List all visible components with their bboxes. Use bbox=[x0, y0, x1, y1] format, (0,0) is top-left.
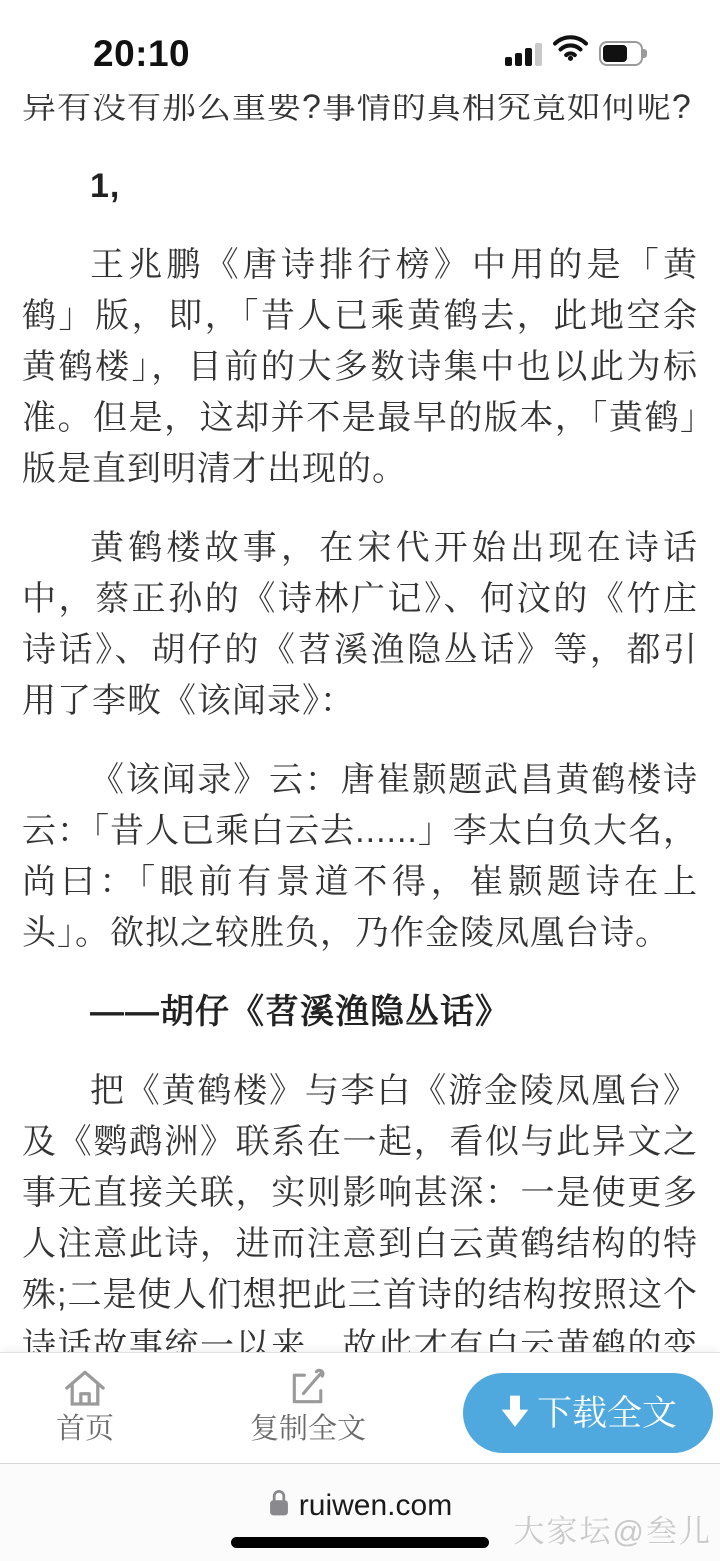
status-bar: 20:10 bbox=[0, 0, 720, 94]
home-icon bbox=[5, 1367, 165, 1411]
download-button-label: 下载全文 bbox=[537, 1396, 677, 1431]
article-block-paragraph: 《该闻录》云：唐崔颢题武昌黄鹤楼诗云：「昔人已乘白云去......」李太白负大名… bbox=[22, 755, 698, 959]
status-icons bbox=[505, 40, 649, 66]
article-block-citation: ——胡仔《苕溪渔隐丛话》 bbox=[22, 987, 698, 1038]
article-block-heading: 1, bbox=[22, 161, 698, 212]
status-time: 20:10 bbox=[93, 33, 190, 75]
toolbar-home-button[interactable]: 首页 bbox=[5, 1367, 165, 1445]
bottom-toolbar: 首页 复制全文 下载全文 bbox=[0, 1352, 720, 1463]
wifi-icon bbox=[553, 35, 588, 66]
article-content: 异有没有那么重要?事情的真相究竟如何呢?1,王兆鹏《唐诗排行榜》中用的是「黄鹤」… bbox=[0, 0, 720, 1561]
lock-icon bbox=[268, 1488, 290, 1523]
battery-icon bbox=[599, 41, 649, 66]
url-domain: ruiwen.com bbox=[299, 1489, 452, 1523]
toolbar-copy-label: 复制全文 bbox=[250, 1413, 366, 1445]
article-block-paragraph: 黄鹤楼故事，在宋代开始出现在诗话中，蔡正孙的《诗林广记》、何汶的《竹庄诗话》、胡… bbox=[22, 523, 698, 727]
cellular-signal-icon bbox=[505, 42, 542, 66]
download-full-text-button[interactable]: 下载全文 bbox=[463, 1373, 713, 1453]
article-blocks: 异有没有那么重要?事情的真相究竟如何呢?1,王兆鹏《唐诗排行榜》中用的是「黄鹤」… bbox=[22, 82, 698, 1423]
article-block-paragraph: 王兆鹏《唐诗排行榜》中用的是「黄鹤」版，即，「昔人已乘黄鹤去，此地空余黄鹤楼」，… bbox=[22, 240, 698, 495]
phone-screen: 异有没有那么重要?事情的真相究竟如何呢?1,王兆鹏《唐诗排行榜》中用的是「黄鹤」… bbox=[0, 0, 720, 1561]
toolbar-home-label: 首页 bbox=[56, 1413, 114, 1445]
url-bar[interactable]: ruiwen.com bbox=[0, 1488, 720, 1523]
download-arrow-icon bbox=[499, 1394, 531, 1433]
toolbar-copy-button[interactable]: 复制全文 bbox=[228, 1367, 388, 1445]
home-indicator[interactable] bbox=[231, 1537, 489, 1548]
browser-chrome: ruiwen.com 大家坛@叁儿 bbox=[0, 1463, 720, 1561]
compose-copy-icon bbox=[228, 1367, 388, 1411]
